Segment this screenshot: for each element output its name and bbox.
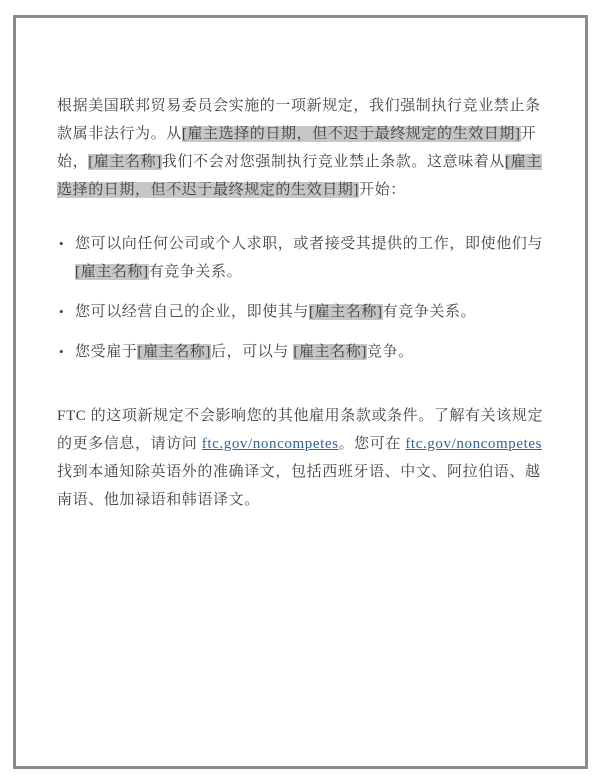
placeholder-highlight: [雇主名称]: [309, 304, 383, 320]
bullet-text: 您受雇于[雇主名称]后，可以与 [雇主名称]竞争。: [75, 338, 544, 366]
placeholder-highlight: [雇主名称]: [293, 344, 367, 360]
paragraph: FTC 的这项新规定不会影响您的其他雇用条款或条件。了解有关该规定的更多信息，请…: [57, 402, 544, 514]
text-segment: 我们不会对您强制执行竞业禁止条款。这意味着从: [162, 154, 505, 170]
bullet-marker-icon: •: [57, 230, 75, 286]
placeholder-highlight: [雇主选择的日期，但不迟于最终规定的生效日期]: [182, 126, 521, 142]
text-segment: 您可以向任何公司或个人求职，或者接受其提供的工作，即使他们与: [75, 236, 543, 252]
bullet-item: •您可以经营自己的企业，即使其与[雇主名称]有竞争关系。: [57, 298, 544, 326]
bullet-text: 您可以向任何公司或个人求职，或者接受其提供的工作，即使他们与[雇主名称]有竞争关…: [75, 230, 544, 286]
bullet-marker-icon: •: [57, 338, 75, 366]
text-segment: 找到本通知除英语外的准确译文，包括西班牙语、中文、阿拉伯语、越南语、他加禄语和韩…: [57, 464, 541, 508]
text-segment: 。您可在: [339, 436, 406, 452]
ftc-noncompetes-link[interactable]: ftc.gov/noncompetes: [405, 436, 542, 452]
bullet-item: •您可以向任何公司或个人求职，或者接受其提供的工作，即使他们与[雇主名称]有竞争…: [57, 230, 544, 286]
text-segment: 后，可以与: [211, 344, 293, 360]
bullet-marker-icon: •: [57, 298, 75, 326]
paragraph: 根据美国联邦贸易委员会实施的一项新规定，我们强制执行竞业禁止条款属非法行为。从[…: [57, 92, 544, 204]
text-segment: 您受雇于: [75, 344, 137, 360]
bullet-text: 您可以经营自己的企业，即使其与[雇主名称]有竞争关系。: [75, 298, 544, 326]
ftc-noncompetes-link[interactable]: ftc.gov/noncompetes: [202, 436, 339, 452]
text-segment: 有竞争关系。: [149, 264, 243, 280]
placeholder-highlight: [雇主名称]: [88, 154, 162, 170]
placeholder-highlight: [雇主名称]: [137, 344, 211, 360]
text-segment: 开始：: [359, 182, 406, 198]
text-segment: 竞争。: [367, 344, 414, 360]
document-page: 根据美国联邦贸易委员会实施的一项新规定，我们强制执行竞业禁止条款属非法行为。从[…: [13, 15, 588, 769]
bullet-item: •您受雇于[雇主名称]后，可以与 [雇主名称]竞争。: [57, 338, 544, 366]
text-segment: 您可以经营自己的企业，即使其与: [75, 304, 309, 320]
placeholder-highlight: [雇主名称]: [75, 264, 149, 280]
text-segment: 有竞争关系。: [383, 304, 477, 320]
document-content: 根据美国联邦贸易委员会实施的一项新规定，我们强制执行竞业禁止条款属非法行为。从[…: [16, 18, 585, 514]
